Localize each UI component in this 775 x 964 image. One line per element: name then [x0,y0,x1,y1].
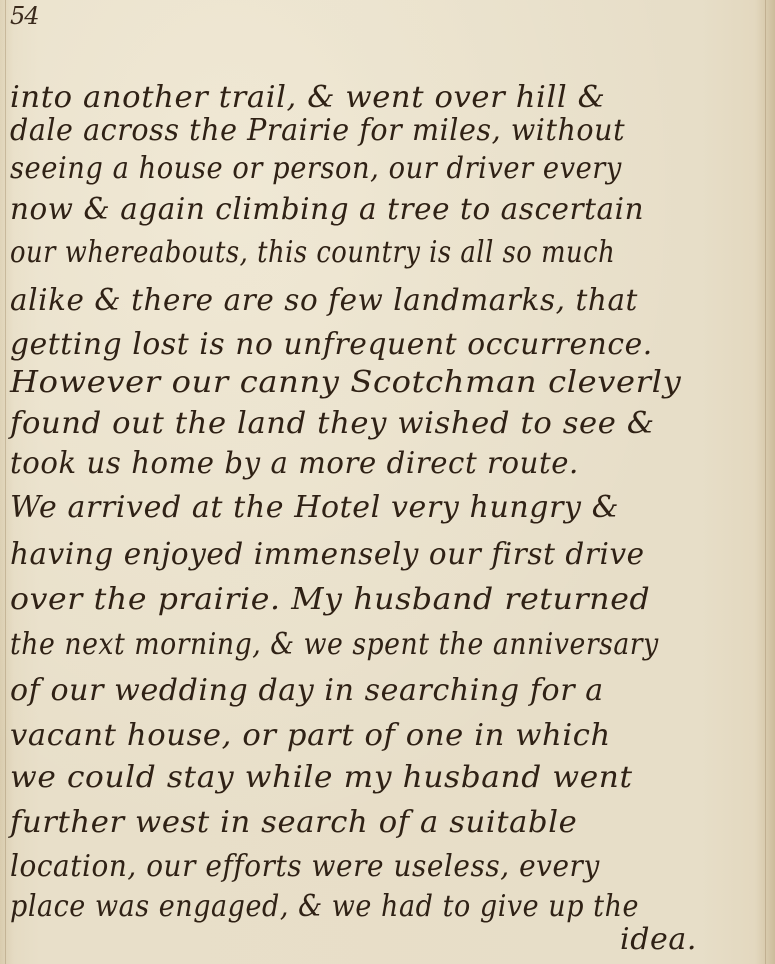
text-line: alike & there are so few landmarks, that [10,283,638,318]
text-line: the next morning, & we spent the anniver… [10,627,659,662]
text-line: location, our efforts were useless, ever… [10,849,600,884]
text-line: We arrived at the Hotel very hungry & [10,490,619,525]
text-line: getting lost is no unfrequent occurrence… [10,327,653,362]
text-line: we could stay while my husband went [10,760,633,795]
text-line: now & again climbing a tree to ascertain [10,192,644,227]
handwritten-text-body: into another trail, & went over hill & d… [0,0,775,964]
text-line: found out the land they wished to see & [10,406,655,441]
text-line: having enjoyed immensely our first drive [10,537,645,572]
text-line: over the prairie. My husband returned [10,582,650,617]
text-line: took us home by a more direct route. [10,446,579,481]
text-line: However our canny Scotchman cleverly [10,365,681,400]
text-line: of our wedding day in searching for a [10,673,604,708]
text-line: dale across the Prairie for miles, witho… [10,113,625,148]
text-line: idea. [620,922,697,957]
text-line: further west in search of a suitable [10,805,577,840]
text-line: place was engaged, & we had to give up t… [10,889,639,924]
manuscript-page: 54 into another trail, & went over hill … [0,0,775,964]
text-line: our whereabouts, this country is all so … [10,235,615,270]
text-line: seeing a house or person, our driver eve… [10,151,622,186]
text-line: into another trail, & went over hill & [10,80,605,115]
text-line: vacant house, or part of one in which [10,718,611,753]
